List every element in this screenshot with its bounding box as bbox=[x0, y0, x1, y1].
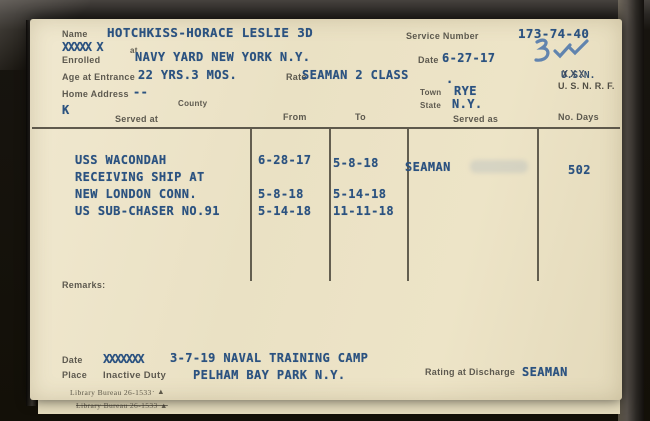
col-header-no-days: No. Days bbox=[558, 112, 599, 122]
age-at-entrance-value: 22 YRS.3 MOS. bbox=[138, 68, 237, 82]
col-header-from: From bbox=[283, 112, 307, 122]
discharge-date-crossed-out: XXXXXXX bbox=[103, 352, 143, 366]
home-address-value: -- bbox=[133, 85, 148, 99]
col-header-to: To bbox=[355, 112, 366, 122]
print-stamp-mark: · ▲ bbox=[152, 387, 165, 396]
state-label: State bbox=[420, 101, 441, 110]
county-label: County bbox=[178, 99, 207, 108]
no-days-value: 502 bbox=[568, 163, 591, 177]
stray-period-mark: . bbox=[446, 72, 454, 86]
remarks-label: Remarks: bbox=[62, 280, 105, 290]
served-at-line: USS WACONDAH bbox=[75, 153, 167, 167]
to-date: 5-14-18 bbox=[333, 187, 386, 201]
service-number-label: Service Number bbox=[406, 31, 479, 41]
crossed-out-word: XXXXX X bbox=[62, 40, 102, 54]
to-date: 11-11-18 bbox=[333, 204, 394, 218]
print-stamp-under-card: Library Bureau 26-1533 ▲ bbox=[76, 401, 168, 410]
card-behind-edge: Library Bureau 26-1533 ▲ bbox=[38, 398, 620, 414]
from-date: 5-8-18 bbox=[258, 187, 304, 201]
usn-overtype-x: XXX bbox=[562, 69, 587, 80]
service-record-card: Name HOTCHKISS-HORACE LESLIE 3D Service … bbox=[30, 19, 622, 400]
served-at-line: RECEIVING SHIP AT bbox=[75, 170, 205, 184]
erased-text-smudge bbox=[470, 160, 528, 173]
discharge-location-line1: 3-7-19 NAVAL TRAINING CAMP bbox=[170, 351, 368, 365]
table-divider-2 bbox=[329, 129, 331, 281]
discharge-place-label: Place bbox=[62, 370, 87, 380]
enrollment-date-value: 6-27-17 bbox=[442, 51, 495, 65]
to-date: 5-8-18 bbox=[333, 156, 379, 170]
name-value: HOTCHKISS-HORACE LESLIE 3D bbox=[107, 25, 313, 40]
inactive-duty-value: Inactive Duty bbox=[103, 370, 166, 381]
age-at-entrance-label: Age at Entrance bbox=[62, 72, 135, 82]
col-header-served-as: Served as bbox=[453, 114, 498, 124]
town-value: RYE bbox=[454, 84, 477, 98]
served-as-value: SEAMAN bbox=[405, 160, 451, 174]
k-mark: K bbox=[62, 103, 70, 117]
table-header-rule bbox=[32, 127, 620, 129]
served-at-line: NEW LONDON CONN. bbox=[75, 187, 197, 201]
served-at-line: US SUB-CHASER NO.91 bbox=[75, 204, 220, 218]
usnrf-label: U. S. N. R. F. bbox=[558, 81, 615, 91]
discharge-date-label: Date bbox=[62, 355, 83, 365]
enrolled-label: Enrolled bbox=[62, 55, 100, 65]
date-label: Date bbox=[418, 55, 439, 65]
table-divider-4 bbox=[537, 129, 539, 281]
photo-background: Library Bureau 26-1533 ▲ Name HOTCHKISS-… bbox=[0, 0, 650, 421]
discharge-location-line2: PELHAM BAY PARK N.Y. bbox=[193, 368, 346, 382]
home-address-label: Home Address bbox=[62, 89, 129, 99]
from-date: 5-14-18 bbox=[258, 204, 311, 218]
enrolled-at-value: NAVY YARD NEW YORK N.Y. bbox=[135, 50, 310, 64]
from-date: 6-28-17 bbox=[258, 153, 311, 167]
state-value: N.Y. bbox=[452, 97, 483, 111]
rating-at-discharge-value: SEAMAN bbox=[522, 365, 568, 379]
name-label: Name bbox=[62, 29, 88, 39]
table-divider-1 bbox=[250, 129, 252, 281]
rate-value: SEAMAN 2 CLASS bbox=[302, 68, 409, 82]
col-header-served-at: Served at bbox=[115, 114, 158, 124]
rating-at-discharge-label: Rating at Discharge bbox=[425, 367, 515, 377]
print-stamp: Library Bureau 26-1533 bbox=[70, 388, 152, 397]
town-label: Town bbox=[420, 88, 442, 97]
table-divider-3 bbox=[407, 129, 409, 281]
